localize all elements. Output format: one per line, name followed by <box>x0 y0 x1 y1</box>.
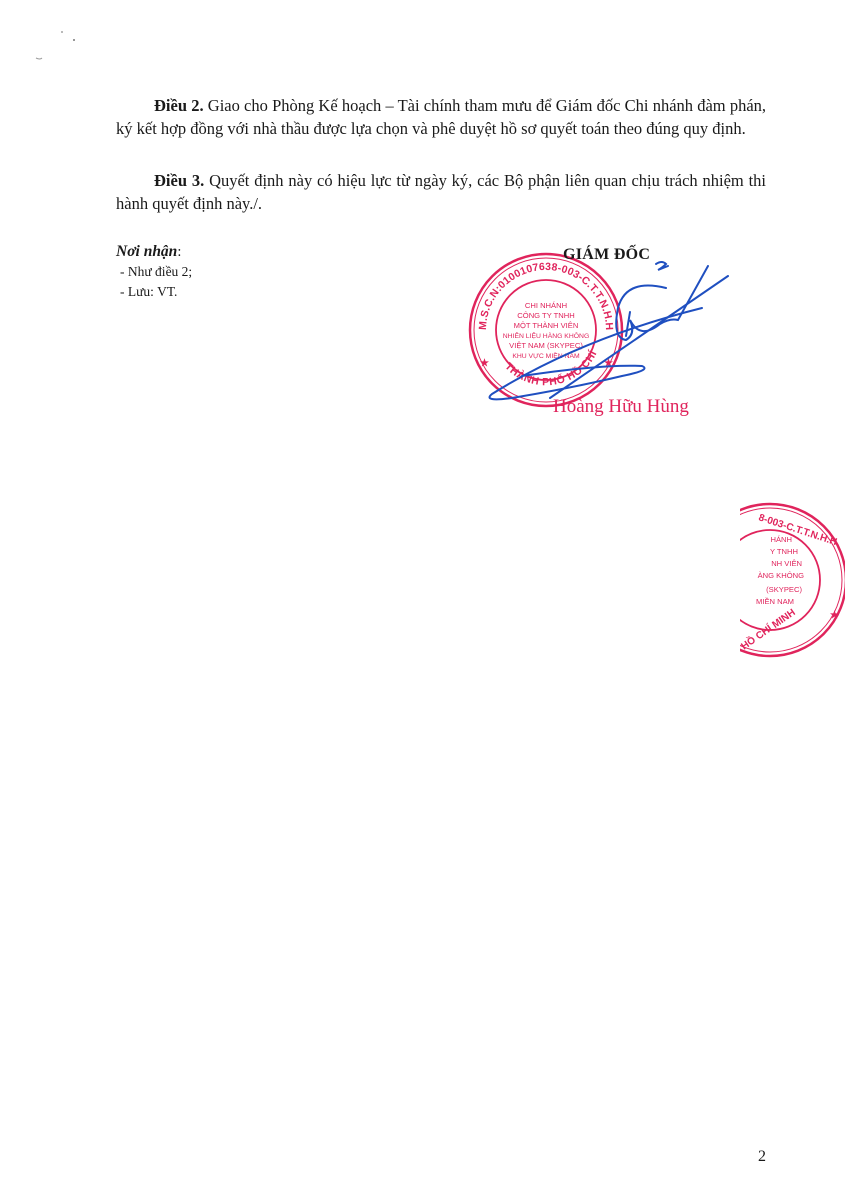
recipients-block: Nơi nhận: - Như điều 2; - Lưu: VT. <box>116 242 192 302</box>
recipients-title: Nơi nhận <box>116 243 177 260</box>
recipients-colon: : <box>177 244 181 260</box>
article-2-label: Điều 2. <box>154 96 204 115</box>
recipient-item: - Như điều 2; <box>116 262 192 282</box>
article-3-text: Quyết định này có hiệu lực từ ngày ký, c… <box>116 171 766 213</box>
recipient-item: - Lưu: VT. <box>116 282 192 302</box>
article-2-text: Giao cho Phòng Kế hoạch – Tài chính tham… <box>116 96 766 138</box>
partial-stamp: 8-003-C.T.T.N.H.H HỒ CHÍ MINH ★ HÁNH Y T… <box>740 500 845 660</box>
partial-stamp-line: (SKYPEC) <box>766 585 802 594</box>
partial-stamp-line: MIỀN NAM <box>756 596 794 606</box>
signer-name: Hoàng Hữu Hùng <box>553 396 689 418</box>
scan-speck-marks <box>0 0 100 80</box>
partial-stamp-bottom: HỒ CHÍ MINH <box>740 605 798 652</box>
partial-stamp-line: HÁNH <box>770 535 792 544</box>
partial-stamp-line: ÀNG KHÔNG <box>758 571 805 580</box>
article-2: Điều 2. Giao cho Phòng Kế hoạch – Tài ch… <box>116 94 766 140</box>
article-3-label: Điều 3. <box>154 171 204 190</box>
page-number: 2 <box>758 1148 766 1166</box>
partial-stamp-line: Y TNHH <box>770 547 798 556</box>
svg-text:★: ★ <box>830 610 839 621</box>
article-3: Điều 3. Quyết định này có hiệu lực từ ng… <box>116 169 766 215</box>
signature-scribble <box>470 250 750 410</box>
partial-stamp-line: NH VIÊN <box>771 559 802 568</box>
